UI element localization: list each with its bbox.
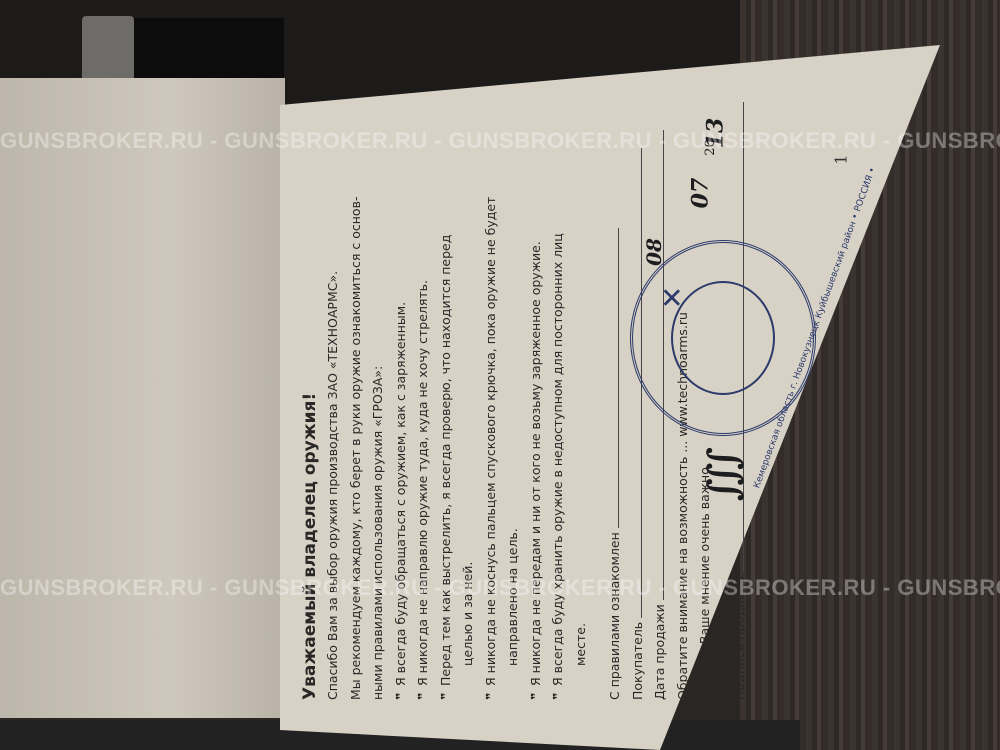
company-stamp: Кемеровская область г. Новокузнецк Куйбы… <box>630 240 816 436</box>
quote-bullet-icon: ❞ <box>412 693 435 700</box>
buyer-field: Покупатель <box>627 110 650 700</box>
gray-object <box>82 16 134 86</box>
intro-line: Спасибо Вам за выбор оружия производства… <box>322 110 345 700</box>
intro-line: Мы рекомендуем каждому, кто берет в руки… <box>345 110 368 700</box>
rule-item: ❞Я никогда не передам и ни от кого не во… <box>525 110 548 700</box>
handwritten-day: 08 <box>642 238 666 266</box>
rule-item: ❞Я всегда буду хранить оружие в недоступ… <box>547 110 570 700</box>
rule-item: ❞Я никогда не направлю оружие туда, куда… <box>412 110 435 700</box>
rule-item: ❞Перед тем как выстрелить, я всегда пров… <box>435 110 458 700</box>
acknowledged-blank <box>604 228 619 528</box>
rule-continuation: направлено на цель. <box>502 110 525 700</box>
left-booklet-page <box>0 78 285 718</box>
rule-item: ❞Я всегда буду обращаться с оружием, как… <box>390 110 413 700</box>
quote-bullet-icon: ❞ <box>547 693 570 700</box>
rule-continuation: целью и за ней. <box>457 110 480 700</box>
acknowledged-field: С правилами ознакомлен <box>604 110 627 700</box>
quote-bullet-icon: ❞ <box>525 693 548 700</box>
seller-signature-scribble: ∭ <box>699 446 746 502</box>
page-title: Уважаемый владелец оружия! <box>300 110 320 700</box>
intro-line: ными правилами использования оружия «ГРО… <box>367 110 390 700</box>
page-number: 1 <box>832 154 851 164</box>
quote-bullet-icon: ❞ <box>435 693 458 700</box>
handwritten-month: 07 <box>687 178 713 209</box>
watermark: GUNSBROKER.RU - GUNSBROKER.RU - GUNSBROK… <box>0 128 1000 154</box>
stamp-emblem-icon: ✕ <box>656 286 689 309</box>
rule-continuation: месте. <box>570 110 593 700</box>
quote-bullet-icon: ❞ <box>480 693 503 700</box>
buyer-blank <box>627 148 642 618</box>
rule-item: ❞Я никогда не коснусь пальцем спускового… <box>480 110 503 700</box>
watermark: GUNSBROKER.RU - GUNSBROKER.RU - GUNSBROK… <box>0 575 1000 601</box>
quote-bullet-icon: ❞ <box>390 693 413 700</box>
